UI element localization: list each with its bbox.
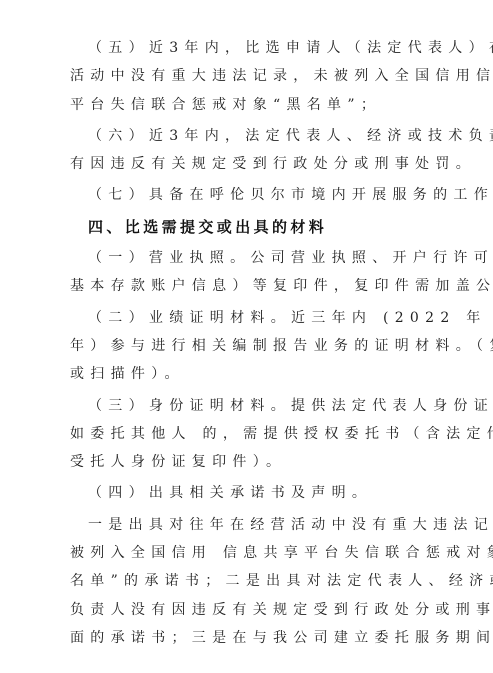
text-line: （二）业绩证明材料。近三年内 (2022 年 -2024 xyxy=(70,304,426,332)
text-line: 面的承诺书；三是在与我公司建立委托服务期间，因比 xyxy=(70,624,426,652)
text-line: 年）参与进行相关编制报告业务的证明材料。（复印件 xyxy=(70,332,426,360)
text-line: 一是出具对往年在经营活动中没有重大违法记录，未 xyxy=(70,511,426,539)
text-line: （六）近3年内，法定代表人、经济或技术负责人没 xyxy=(70,122,426,150)
text-line: 平台失信联合惩戒对象“黑名单”； xyxy=(70,91,426,119)
text-line: 被列入全国信用 信息共享平台失信联合惩戒对象 “黑 xyxy=(70,539,426,567)
section-heading-materials: 四、比选需提交或出具的材料 xyxy=(70,213,426,241)
document-body: （五）近3年内，比选申请人（法定代表人）在经营 活动中没有重大违法记录，未被列入… xyxy=(70,34,426,655)
text-line: 受托人身份证复印件）。 xyxy=(70,448,426,476)
text-line: （七）具备在呼伦贝尔市境内开展服务的工作条件。 xyxy=(70,181,426,209)
heading-text: 四、比选需提交或出具的材料 xyxy=(70,213,426,241)
paragraph-material-1: （一）营业执照。公司营业执照、开户行许可证（或 基本存款账户信息）等复印件，复印… xyxy=(70,244,426,301)
paragraph-material-4-detail: 一是出具对往年在经营活动中没有重大违法记录，未 被列入全国信用 信息共享平台失信… xyxy=(70,511,426,652)
text-line: 如委托其他人 的，需提供授权委托书（含法定代表人及 xyxy=(70,420,426,448)
paragraph-item-6: （六）近3年内，法定代表人、经济或技术负责人没 有因违反有关规定受到行政处分或刑… xyxy=(70,122,426,179)
text-line: 活动中没有重大违法记录，未被列入全国信用信息共享 xyxy=(70,62,426,90)
paragraph-material-3: （三）身份证明材料。提供法定代表人身份证复印件， 如委托其他人 的，需提供授权委… xyxy=(70,392,426,477)
text-line: （四）出具相关承诺书及声明。 xyxy=(70,479,426,507)
text-line: 负责人没有因违反有关规定受到行政处分或刑事处罚方 xyxy=(70,596,426,624)
paragraph-item-7: （七）具备在呼伦贝尔市境内开展服务的工作条件。 xyxy=(70,181,426,209)
text-line: （五）近3年内，比选申请人（法定代表人）在经营 xyxy=(70,34,426,62)
text-line: （三）身份证明材料。提供法定代表人身份证复印件， xyxy=(70,392,426,420)
paragraph-item-5: （五）近3年内，比选申请人（法定代表人）在经营 活动中没有重大违法记录，未被列入… xyxy=(70,34,426,119)
document-page: （五）近3年内，比选申请人（法定代表人）在经营 活动中没有重大违法记录，未被列入… xyxy=(0,0,493,673)
text-line: 名单”的承诺书；二是出具对法定代表人、经济或技术 xyxy=(70,567,426,595)
paragraph-material-2: （二）业绩证明材料。近三年内 (2022 年 -2024 年）参与进行相关编制报… xyxy=(70,304,426,389)
text-line: 或扫描件）。 xyxy=(70,360,426,388)
paragraph-material-4: （四）出具相关承诺书及声明。 xyxy=(70,479,426,507)
text-line: 基本存款账户信息）等复印件，复印件需加盖公章。 xyxy=(70,272,426,300)
text-line: 有因违反有关规定受到行政处分或刑事处罚。 xyxy=(70,150,426,178)
text-line: （一）营业执照。公司营业执照、开户行许可证（或 xyxy=(70,244,426,272)
